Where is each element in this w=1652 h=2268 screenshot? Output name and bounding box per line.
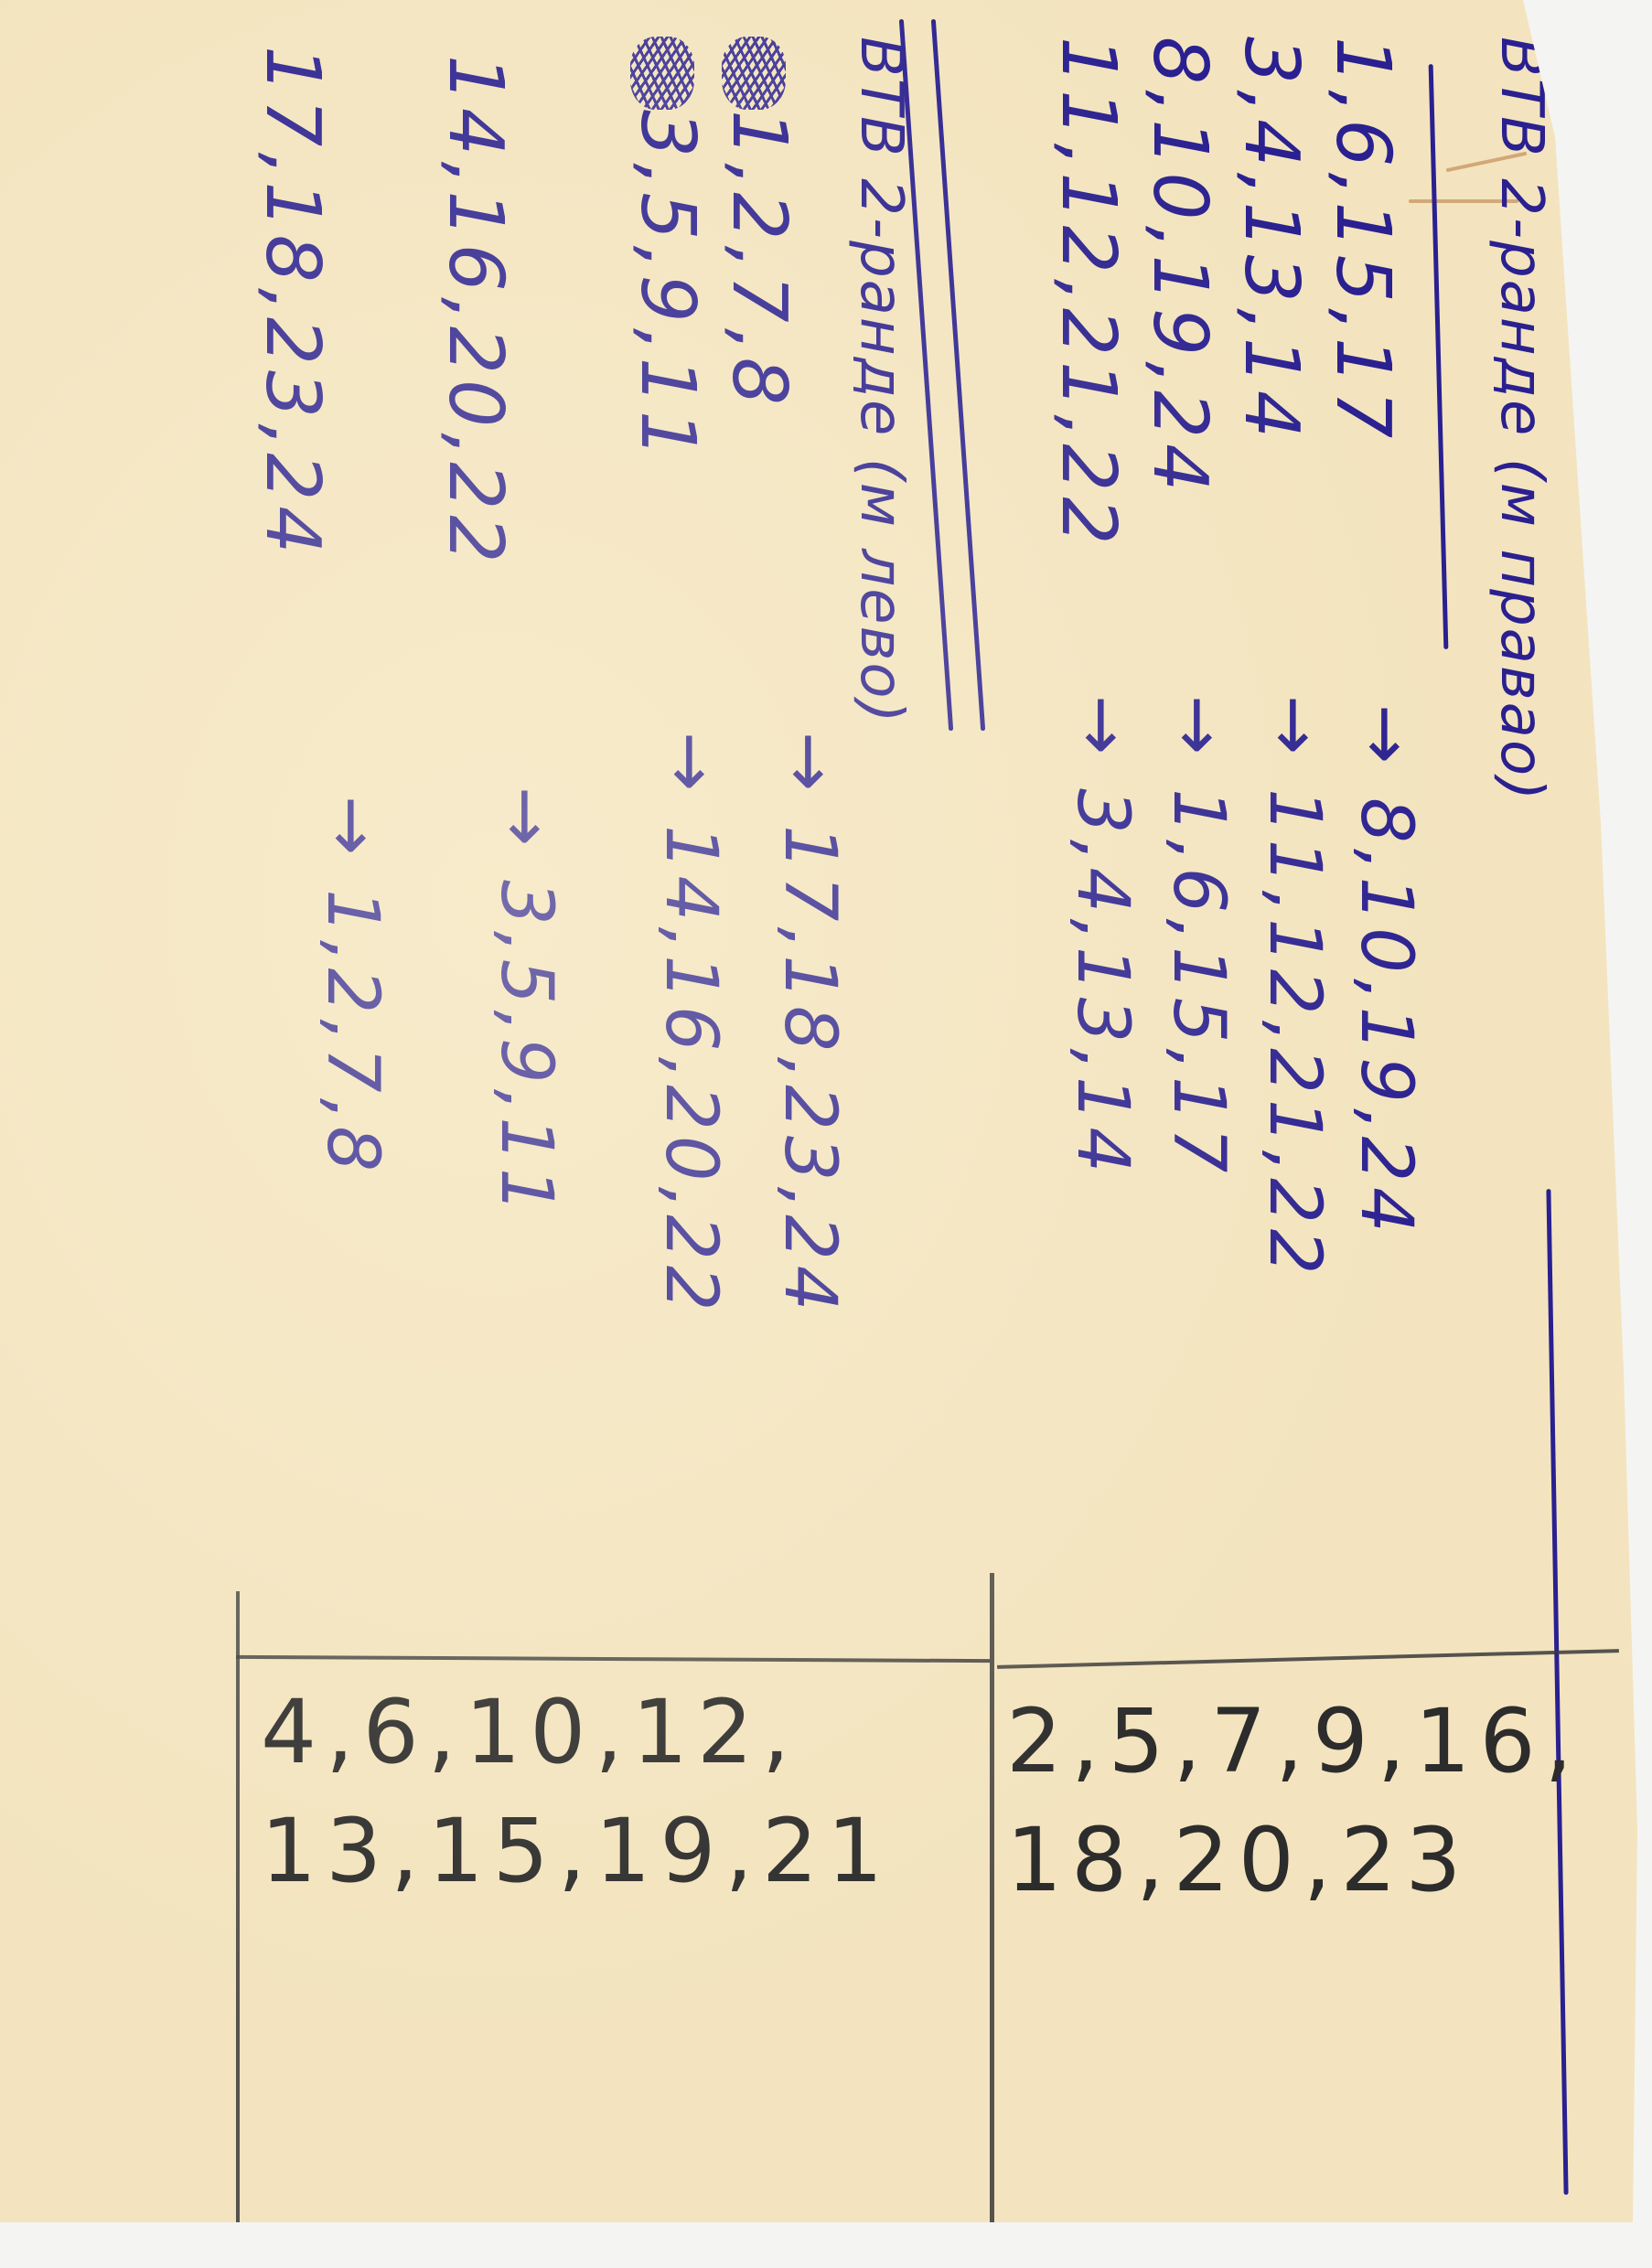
section2-row-4-left: 17,18,23,24 xyxy=(254,46,329,560)
pencil-box-left-line-2: 13,15,19,21 xyxy=(261,1792,892,1911)
arrow-icon: → xyxy=(1253,695,1336,760)
pencil-box-left-top xyxy=(236,1655,990,1663)
pencil-box-right: 2,5,7,9,16, 18,20,23 xyxy=(1006,1683,1582,1920)
section1-row-3-left: 8,10,19,24 xyxy=(1142,37,1217,497)
pencil-box-divider xyxy=(990,1573,994,2231)
section1-row-1-target: 8,10,19,24 xyxy=(1345,797,1427,1238)
paper-sheet: ВТВ 2-ранде (м правао) 1,6,15,17 3,4,13,… xyxy=(0,0,1652,2268)
pencil-box-left-line-1: 4,6,10,12, xyxy=(261,1674,892,1792)
section1-row-3-right: → 1,6,15,17 xyxy=(1157,695,1239,1178)
pencil-box-left: 4,6,10,12, 13,15,19,21 xyxy=(261,1674,892,1910)
section1-row-1-left: 1,6,15,17 xyxy=(1325,37,1400,444)
section1-row-2-left: 3,4,13,14 xyxy=(1233,37,1308,444)
arrow-icon: → xyxy=(1061,695,1143,760)
section2-row-3-left: 14,16,20,22 xyxy=(437,55,512,569)
rust-stain xyxy=(1409,199,1518,203)
section2-heading: ВТВ 2-ранде (м лево) xyxy=(847,37,915,724)
arrow-icon: → xyxy=(768,732,851,797)
section1-row-4-left: 11,12,21,22 xyxy=(1050,37,1125,551)
section2-row-1-target: 17,18,23,24 xyxy=(768,825,851,1316)
section1-row-4-target: 3,4,13,14 xyxy=(1061,788,1143,1178)
section1-row-3-target: 1,6,15,17 xyxy=(1157,788,1239,1178)
pencil-box-right-line-2: 18,20,23 xyxy=(1006,1802,1582,1920)
section2-row-4-target: 1,2,7,8 xyxy=(311,889,393,1177)
pencil-box-left-border xyxy=(236,1591,240,2231)
pencil-box-right-line-1: 2,5,7,9,16, xyxy=(1006,1683,1582,1802)
section2-row-3-right: → 3,5,9,11 xyxy=(485,786,567,1219)
pencil-box-right-top xyxy=(997,1649,1619,1669)
section1-row-2-target: 11,12,21,22 xyxy=(1253,788,1336,1279)
scribbled-out-mark xyxy=(630,37,694,110)
rust-stain xyxy=(1446,152,1528,173)
section-separator xyxy=(899,19,953,731)
section2-row-2-left: 3,5,9,11 xyxy=(629,37,704,464)
section-separator xyxy=(931,19,985,731)
arrow-icon: → xyxy=(485,786,567,851)
section2-row-2-right: → 14,16,20,22 xyxy=(649,732,732,1317)
section1-row-2-right: → 11,12,21,22 xyxy=(1253,695,1336,1280)
arrow-icon: → xyxy=(1157,695,1239,760)
scribbled-out-mark xyxy=(722,37,786,110)
section2-row-2-target: 14,16,20,22 xyxy=(649,825,732,1316)
section2-row-3-target: 3,5,9,11 xyxy=(485,880,567,1219)
section1-heading-underline xyxy=(1429,64,1449,649)
arrow-icon: → xyxy=(1345,704,1427,769)
section1-row-1-right: → 8,10,19,24 xyxy=(1345,704,1427,1238)
arrow-icon: → xyxy=(649,732,732,797)
section2-row-4-right: → 1,2,7,8 xyxy=(311,796,393,1177)
arrow-icon: → xyxy=(311,796,393,861)
section1-row-4-right: → 3,4,13,14 xyxy=(1061,695,1143,1178)
section1-heading: ВТВ 2-ранде (м правао) xyxy=(1487,37,1555,802)
section2-row-1-right: → 17,18,23,24 xyxy=(768,732,851,1317)
section2-row-1-left: 1,2,7,8 xyxy=(721,37,796,411)
section1-heading-border xyxy=(1546,1189,1568,2195)
